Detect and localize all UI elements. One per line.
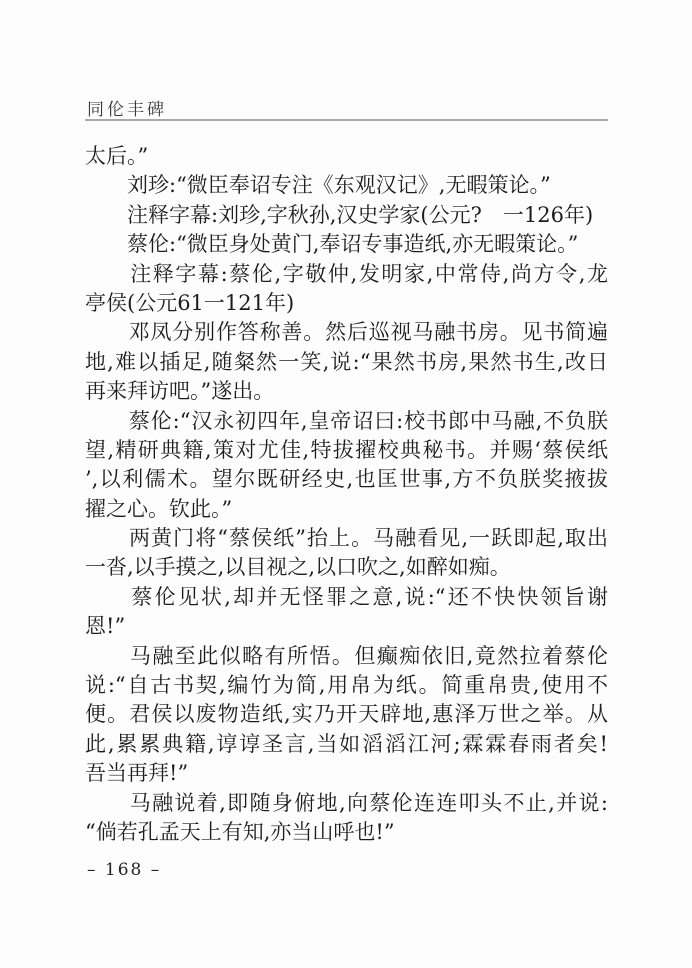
text-line: 马融说着,即随身俯地,向蔡伦连连叩头不止,并说: (85, 789, 608, 818)
text-line: 再来拜访吧。”遂出。 (85, 377, 608, 406)
text-line: 亭侯(公元61一121年) (85, 289, 608, 318)
text-line: 邓凤分别作答称善。然后巡视马融书房。见书简遍 (85, 318, 608, 347)
text-line: 恩!” (85, 612, 608, 641)
text-line: 此,累累典籍,谆谆圣言,当如滔滔江河;霖霖春雨者矣! (85, 730, 608, 759)
header-rule (85, 119, 608, 121)
text-line: 一沓,以手摸之,以目视之,以口吹之,如醉如痴。 (85, 553, 608, 582)
text-line: 蔡伦:“微臣身处黄门,奉诏专事造纸,亦无暇策论。” (85, 230, 608, 259)
text-line: 说:“自古书契,编竹为简,用帛为纸。简重帛贵,使用不 (85, 671, 608, 700)
text-line: 便。君侯以废物造纸,实乃开天辟地,惠泽万世之举。从 (85, 700, 608, 729)
book-page: 同伦丰碑 太后。” 刘珍:“微臣奉诏专注《东观汉记》,无暇策论。” 注释字幕:刘… (0, 0, 692, 968)
text-line: 蔡伦见状,却并无怪罪之意,说:“还不快快领旨谢 (85, 583, 608, 612)
text-line: “倘若孔孟天上有知,亦当山呼也!” (85, 818, 608, 847)
text-line: 地,难以插足,随粲然一笑,说:“果然书房,果然书生,改日 (85, 348, 608, 377)
text-line: 蔡伦:“汉永初四年,皇帝诏曰:校书郎中马融,不负朕 (85, 407, 608, 436)
text-line: 望,精研典籍,策对尤佳,特拔擢校典秘书。并赐‘蔡侯纸 (85, 436, 608, 465)
body-text: 太后。” 刘珍:“微臣奉诏专注《东观汉记》,无暇策论。” 注释字幕:刘珍,字秋孙… (85, 142, 608, 847)
text-line: 刘珍:“微臣奉诏专注《东观汉记》,无暇策论。” (85, 171, 608, 200)
page-number: – 168 – (87, 860, 161, 880)
text-line: 注释字幕:蔡伦,字敬仲,发明家,中常侍,尚方令,龙 (85, 260, 608, 289)
text-line: 吾当再拜!” (85, 759, 608, 788)
text-line: 太后。” (85, 142, 608, 171)
text-line: 擢之心。钦此。” (85, 495, 608, 524)
text-line: 注释字幕:刘珍,字秋孙,汉史学家(公元? 一126年) (85, 201, 608, 230)
text-line: 两黄门将“蔡侯纸”抬上。马融看见,一跃即起,取出 (85, 524, 608, 553)
running-header-title: 同伦丰碑 (87, 95, 167, 120)
text-line: ’,以利儒术。望尔既研经史,也匡世事,方不负朕奖掖拔 (85, 465, 608, 494)
text-line: 马融至此似略有所悟。但癫痴依旧,竟然拉着蔡伦 (85, 642, 608, 671)
